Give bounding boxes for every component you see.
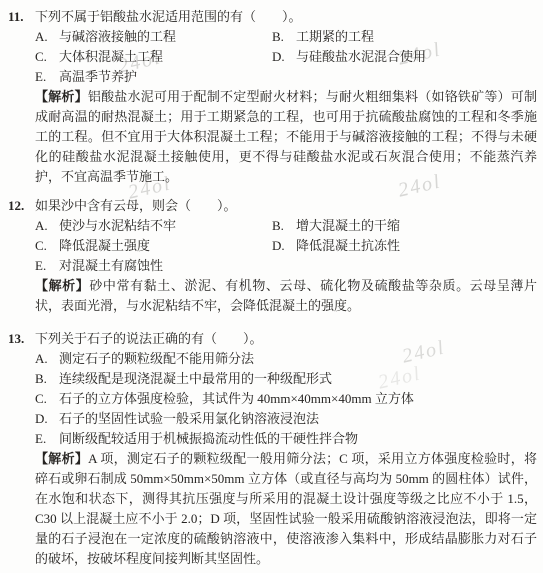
option-text: 测定石子的颗粒级配不能用筛分法 [59,349,537,369]
option-label: A. [35,349,59,369]
question-12: 12. 如果沙中含有云母，则会（ ）。 A. 使沙与水泥粘结不牢 B. 增大混凝… [8,196,537,316]
question-stem: 下列不属于铝酸盐水泥适用范围的有（ ）。 [35,7,537,27]
question-stem: 如果沙中含有云母，则会（ ）。 [35,196,537,216]
question-number: 12. [8,196,35,216]
option-c: C. 降低混凝土强度 [35,236,272,256]
option-label: B. [272,216,296,236]
option-text: 大体积混凝土工程 [59,47,272,67]
option-label: C. [35,236,59,256]
option-label: A. [35,216,59,236]
option-text: 增大混凝土的干缩 [296,216,537,236]
exam-page: 24ol 24ol 24ol 24ol 24ol 24ol 11. 下列不属于铝… [0,0,543,573]
option-text: 使沙与水泥粘结不牢 [59,216,272,236]
analysis-text: 砂中常有黏土、淤泥、有机物、云母、硫化物及硫酸盐等杂质。云母呈薄片状，表面光滑，… [35,278,537,313]
option-a: A. 测定石子的颗粒级配不能用筛分法 [35,349,537,369]
option-e: E. 间断级配较适用于机械振捣流动性低的干硬性拌合物 [35,429,537,449]
option-b: B. 工期紧的工程 [272,27,537,47]
option-c: C. 大体积混凝土工程 [35,47,272,67]
option-text: 与硅酸盐水泥混合使用 [296,47,537,67]
option-e: E. 对混凝土有腐蚀性 [35,256,272,276]
option-label: C. [35,47,59,67]
options-list: A. 与碱溶液接触的工程 B. 工期紧的工程 C. 大体积混凝土工程 D. 与硅… [35,27,537,87]
analysis-label: 【解析】 [35,278,89,293]
analysis-paragraph: 【解析】A 项，测定石子的颗粒级配一般用筛分法；C 项，采用立方体强度检验时，将… [35,449,537,569]
option-label: D. [272,236,296,256]
question-11: 11. 下列不属于铝酸盐水泥适用范围的有（ ）。 A. 与碱溶液接触的工程 B.… [8,7,537,187]
option-label: D. [35,409,59,429]
options-list: A. 使沙与水泥粘结不牢 B. 增大混凝土的干缩 C. 降低混凝土强度 D. 降… [35,216,537,276]
analysis-label: 【解析】 [35,89,88,104]
option-d: D. 石子的坚固性试验一般采用氯化钠溶液浸泡法 [35,409,537,429]
option-label: C. [35,389,59,409]
option-text: 连续级配是现浇混凝土中最常用的一种级配形式 [59,369,537,389]
option-b: B. 增大混凝土的干缩 [272,216,537,236]
option-text: 工期紧的工程 [296,27,537,47]
options-list: A. 测定石子的颗粒级配不能用筛分法 B. 连续级配是现浇混凝土中最常用的一种级… [35,349,537,449]
option-b: B. 连续级配是现浇混凝土中最常用的一种级配形式 [35,369,537,389]
analysis-text: 铝酸盐水泥可用于配制不定型耐火材料；与耐火粗细集料（如铬铁矿等）可制成耐高温的耐… [35,89,537,184]
option-label: D. [272,47,296,67]
analysis-text: A 项，测定石子的颗粒级配一般用筛分法；C 项，采用立方体强度检验时，将碎石或卵… [35,451,537,566]
option-e: E. 高温季节养护 [35,67,272,87]
option-label: B. [35,369,59,389]
option-text: 与碱溶液接触的工程 [59,27,272,47]
option-label: A. [35,27,59,47]
option-text: 对混凝土有腐蚀性 [59,256,272,276]
option-text: 高温季节养护 [59,67,272,87]
option-d: D. 与硅酸盐水泥混合使用 [272,47,537,67]
question-13: 13. 下列关于石子的说法正确的有（ ）。 A. 测定石子的颗粒级配不能用筛分法… [8,329,537,569]
option-d: D. 降低混凝土抗冻性 [272,236,537,256]
option-label: E. [35,429,59,449]
question-stem: 下列关于石子的说法正确的有（ ）。 [35,329,537,349]
option-text: 降低混凝土强度 [59,236,272,256]
analysis-paragraph: 【解析】铝酸盐水泥可用于配制不定型耐火材料；与耐火粗细集料（如铬铁矿等）可制成耐… [35,87,537,187]
option-label: E. [35,67,59,87]
option-text: 石子的坚固性试验一般采用氯化钠溶液浸泡法 [59,409,537,429]
question-number: 11. [8,7,35,27]
option-label: B. [272,27,296,47]
option-text: 间断级配较适用于机械振捣流动性低的干硬性拌合物 [59,429,537,449]
option-label: E. [35,256,59,276]
analysis-paragraph: 【解析】砂中常有黏土、淤泥、有机物、云母、硫化物及硫酸盐等杂质。云母呈薄片状，表… [35,276,537,316]
option-c: C. 石子的立方体强度检验，其试件为 40mm×40mm×40mm 立方体 [35,389,537,409]
question-number: 13. [8,329,35,349]
option-text: 石子的立方体强度检验，其试件为 40mm×40mm×40mm 立方体 [59,389,537,409]
option-a: A. 使沙与水泥粘结不牢 [35,216,272,236]
option-text: 降低混凝土抗冻性 [296,236,537,256]
option-a: A. 与碱溶液接触的工程 [35,27,272,47]
analysis-label: 【解析】 [35,451,88,466]
